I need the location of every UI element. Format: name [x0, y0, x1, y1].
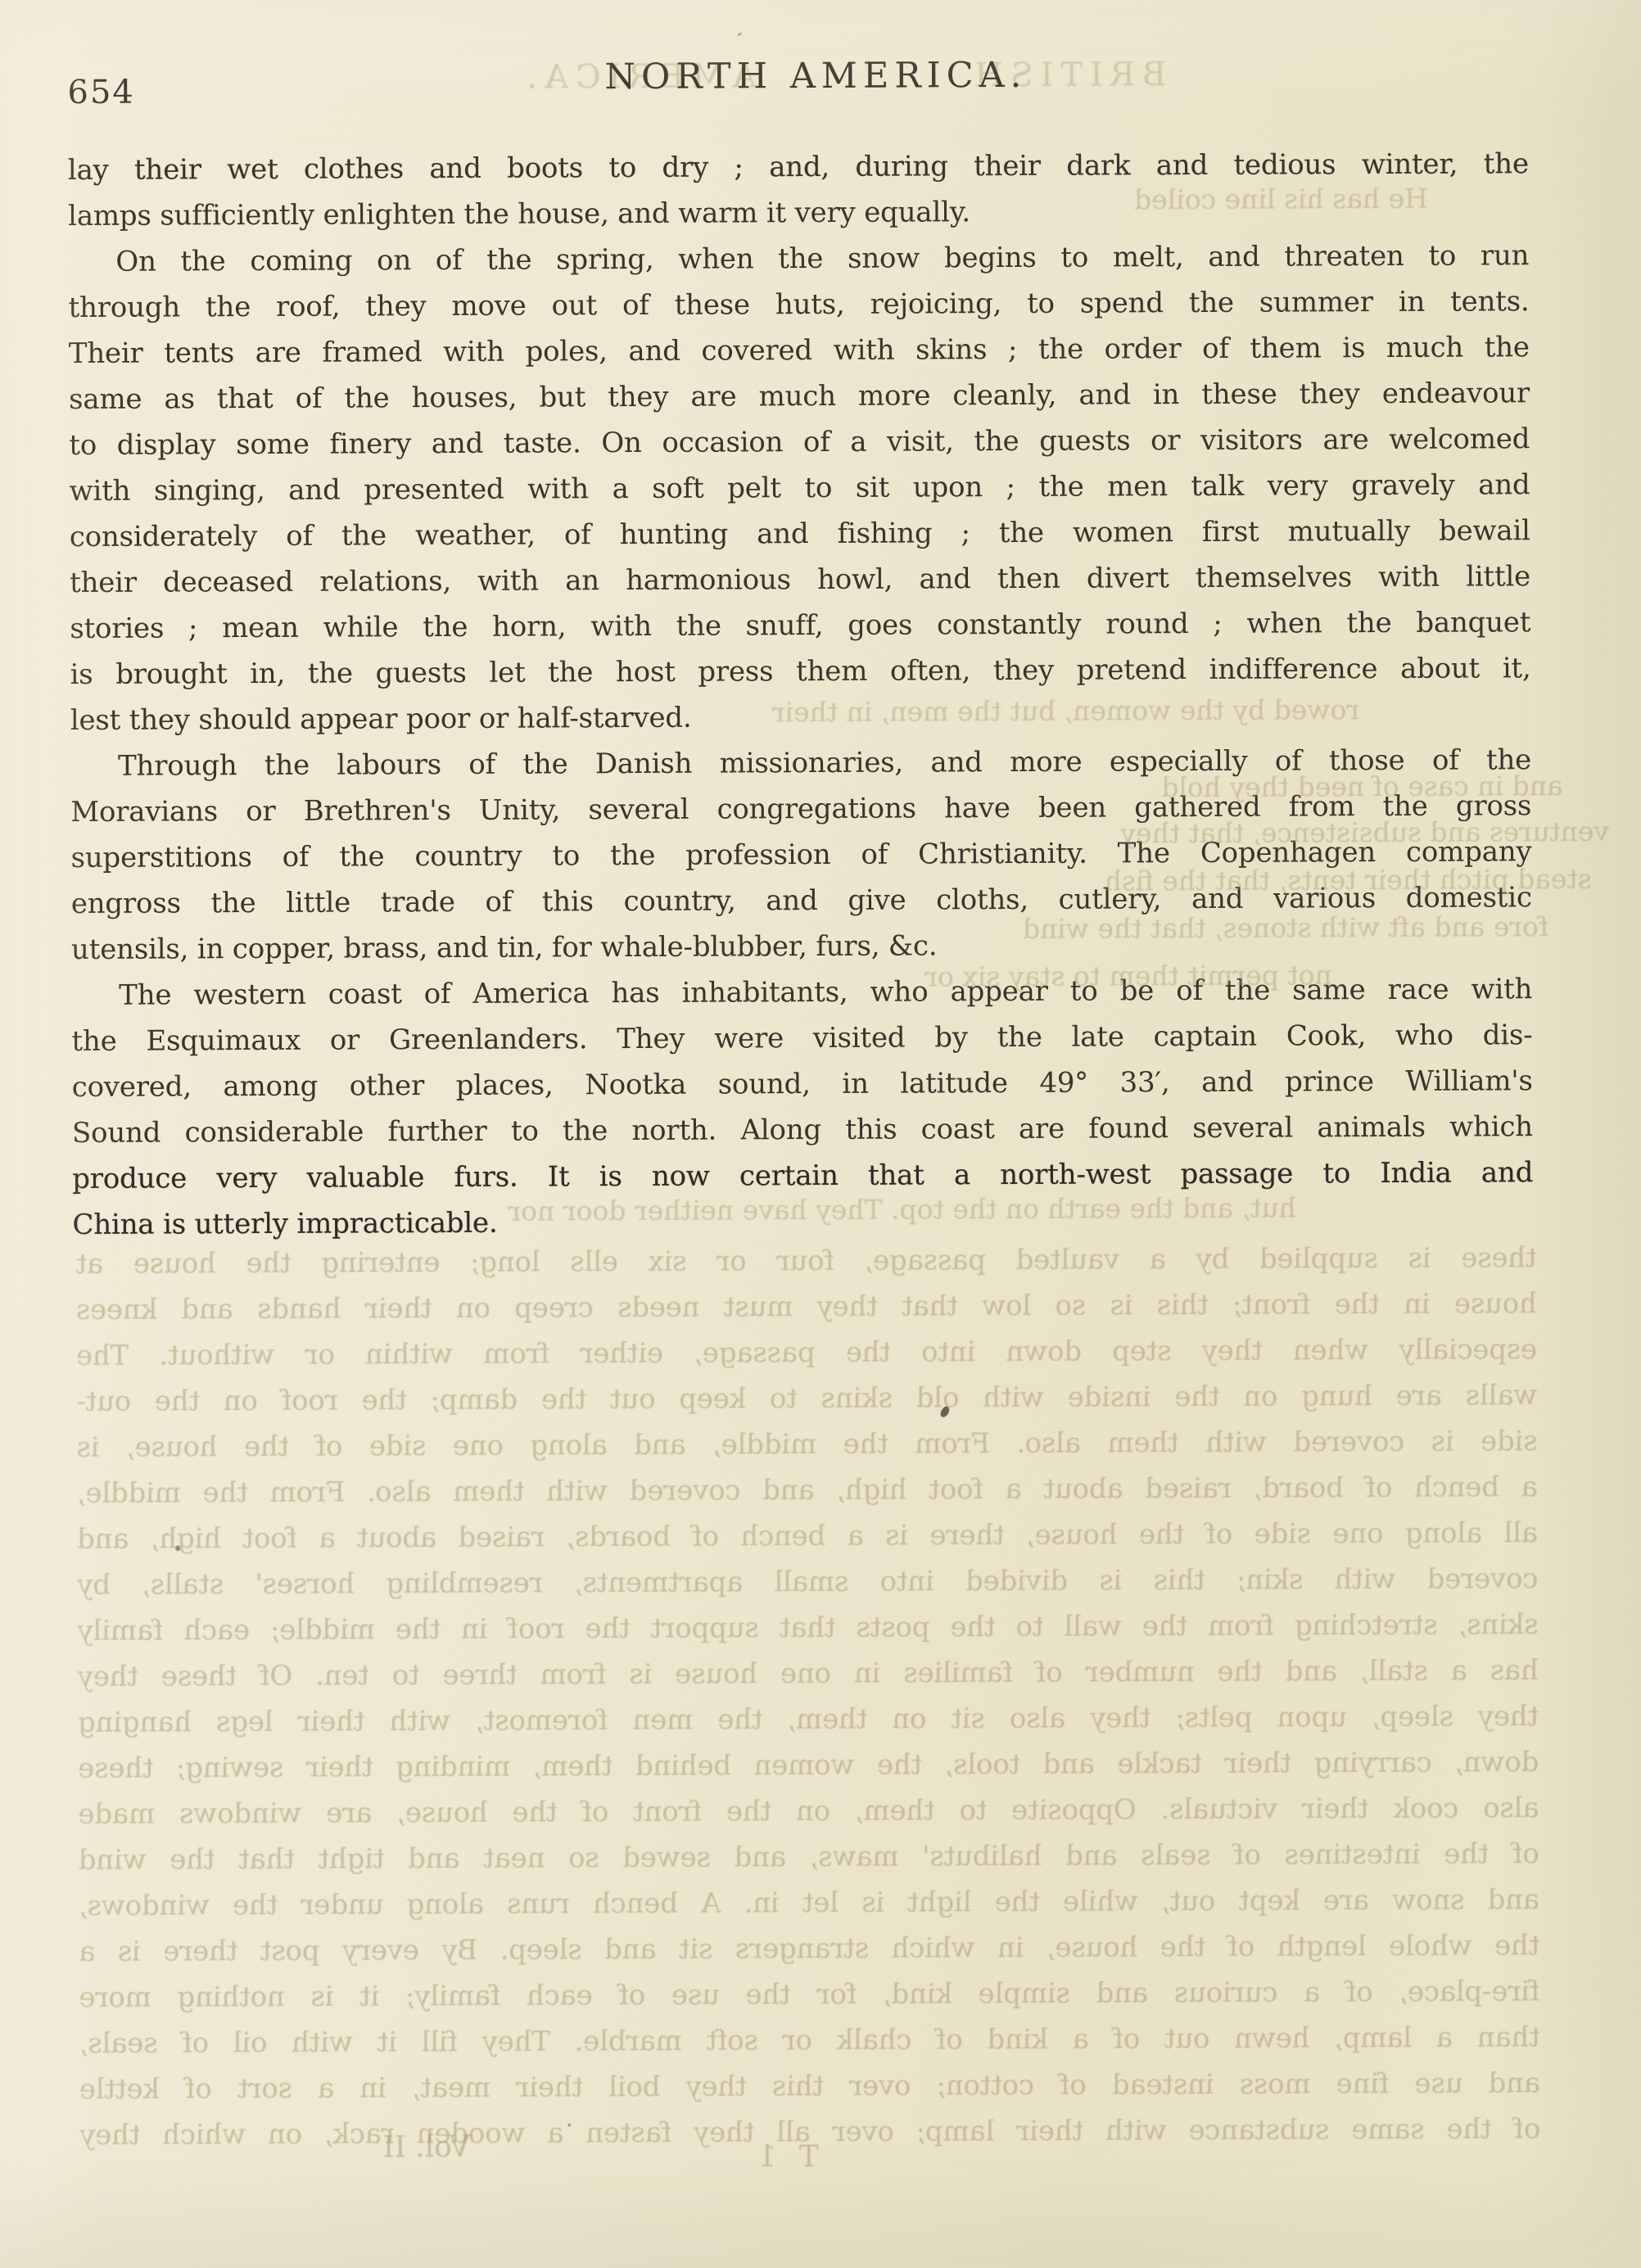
text-line: is brought in, the guests let the host p… [70, 645, 1530, 698]
text-line: the Esquimaux or Greenlanders. They were… [71, 1012, 1532, 1064]
bleedthrough-line: skins, stretching from the wall to the p… [78, 1602, 1539, 1654]
bleedthrough-fragment: He has his line coiled [1134, 183, 1428, 216]
bleedthrough-signature-mark: T 1 [751, 2140, 819, 2174]
text-line: stories ; mean while the horn, with the … [70, 599, 1530, 652]
bleedthrough-fragment: ventures and subsistence, that they [1120, 815, 1609, 850]
bleedthrough-line: has a stall, and the number of families … [78, 1647, 1539, 1700]
bleedthrough-line: fire-place, of a curious and simple kind… [79, 1968, 1539, 2021]
bleedthrough-line: than a lamp, hewn out of a kind of chalk… [79, 2014, 1540, 2067]
bleedthrough-fragment: rowed by the women, but the men, in thei… [772, 694, 1360, 728]
bleedthrough-line: also cook their victuals. Opposite to th… [78, 1785, 1539, 1837]
bleedthrough-line: all along one side of the house, there i… [77, 1510, 1538, 1562]
text-line: their deceased relations, with an harmon… [70, 553, 1530, 606]
bleedthrough-line: these is supplied by a vaulted passage, … [76, 1235, 1537, 1287]
bleedthrough-line: down, carrying their tackle and tools, t… [78, 1739, 1539, 1791]
bleedthrough-line: walls are hung on the inside with old sk… [76, 1372, 1537, 1425]
bleedthrough-line: especially when they step down into the … [76, 1326, 1537, 1379]
bleedthrough-line: they sleep, upon pelts; they also sit on… [78, 1693, 1539, 1746]
bleedthrough-text-block: these is supplied by a vaulted passage, … [76, 1235, 1541, 2158]
text-line: considerately of the weather, of hunting… [70, 508, 1530, 560]
running-header: NORTH AMERICA. [0, 52, 1636, 101]
bleedthrough-line: of the intestines of seals and halibuts'… [79, 1831, 1539, 1883]
bleedthrough-line: and use fine moss instead of cotton; ove… [79, 2060, 1540, 2112]
text-line: Their tents are framed with poles, and c… [69, 324, 1530, 377]
ink-speck [737, 32, 743, 37]
bleedthrough-line: a bench of board, raised about a foot hi… [77, 1464, 1538, 1516]
text-line: through the roof, they move out of these… [68, 278, 1529, 331]
book-page-scan: BRITISH AMERICA. 654 NORTH AMERICA. lay … [0, 0, 1641, 2268]
bleedthrough-fragment: hut, and the earth on the top. They have… [508, 1191, 1296, 1227]
bleedthrough-line: the whole length of the house, in which … [79, 1922, 1539, 1975]
ink-speck [175, 1545, 180, 1551]
bleedthrough-fragment: stead pitch their tents, that the fish [1105, 863, 1592, 897]
bleedthrough-line: and snow are kept out, while the light i… [79, 1877, 1539, 1929]
page-content: BRITISH AMERICA. 654 NORTH AMERICA. lay … [0, 0, 1641, 2268]
bleedthrough-fragment: and in case of need they hold [1161, 770, 1563, 803]
bleedthrough-line: house in the front; this is so low that … [76, 1281, 1537, 1333]
text-line: On the coming on of the spring, when the… [68, 233, 1529, 285]
bleedthrough-line: covered with skin; this is divided into … [77, 1556, 1538, 1608]
bleedthrough-fragment: not permit them to stay six or [924, 959, 1332, 992]
bleedthrough-volume-mark: Vol. II [382, 2130, 470, 2164]
text-line: covered, among other places, Nootka soun… [72, 1058, 1533, 1110]
ink-speck [567, 2123, 571, 2126]
text-line: same as that of the houses, but they are… [69, 370, 1530, 422]
bleedthrough-line: side is covered with them also. From the… [77, 1418, 1538, 1471]
bleedthrough-fragment: fore and aft with stones, that the wind [1023, 910, 1548, 945]
text-line: Sound considerable further to the north.… [72, 1104, 1533, 1156]
text-line: to display some finery and taste. On occ… [69, 416, 1530, 468]
text-line: with singing, and presented with a soft … [69, 462, 1530, 514]
